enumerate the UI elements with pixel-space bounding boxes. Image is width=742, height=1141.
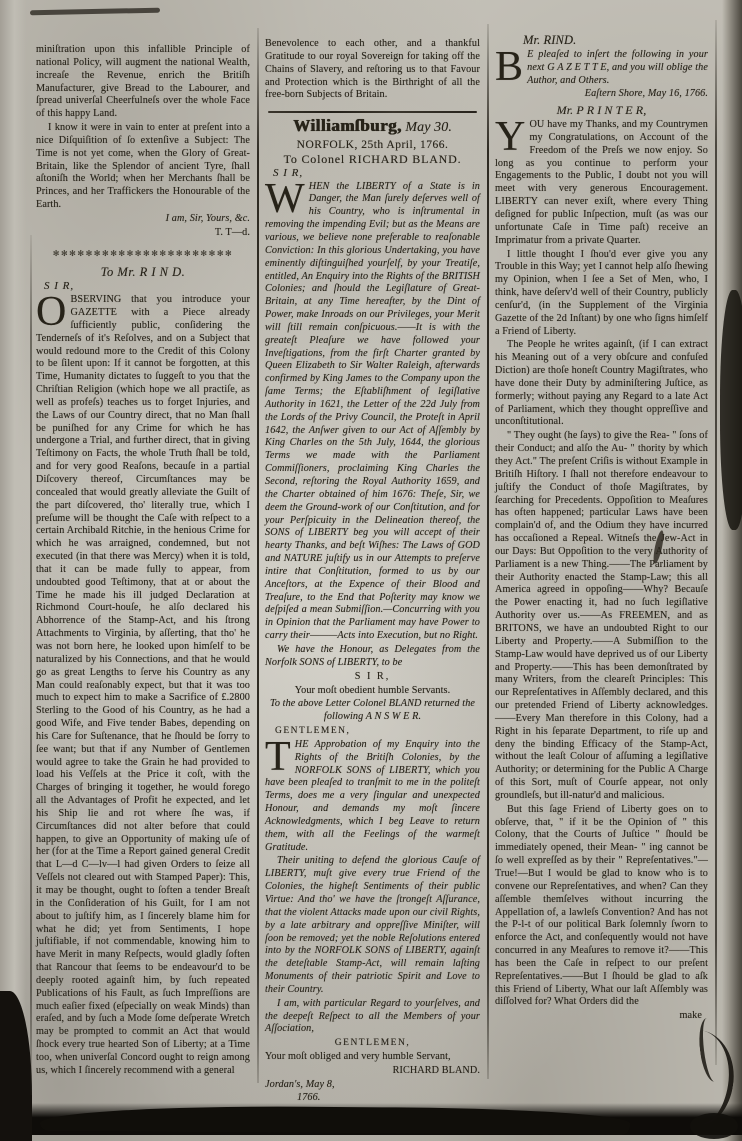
column-middle: Benevolence to each other, and a thankfu… — [265, 38, 480, 1106]
signoff-line: Eaſtern Shore, May 16, 1766. — [495, 88, 708, 101]
letter-heading: Mr. RIND. — [523, 34, 708, 47]
paragraph: We have the Honour, as Delegates from th… — [265, 644, 480, 670]
paragraph: I am, with particular Regard to yourſelv… — [265, 998, 480, 1037]
column-rule-left — [30, 235, 32, 1095]
newspaper-page: miniſtration upon this infallible Princi… — [0, 0, 742, 1141]
drop-cap-initial: T — [265, 739, 295, 774]
letter-addressee: Mr. P R I N T E R, — [495, 104, 708, 117]
salutation: GENTLEMEN, — [275, 725, 480, 738]
drop-cap-initial: B — [495, 49, 527, 84]
dateline-norfolk: NORFOLK, 25th April, 1766. — [265, 139, 480, 152]
scan-corner-bottom-left — [0, 991, 32, 1141]
letter-heading: To Mr. R I N D. — [36, 266, 250, 279]
signature: T. T—d. — [36, 227, 250, 240]
place-date-line: Jordan's, May 8,1766. — [265, 1079, 480, 1105]
salutation: S I R, — [265, 671, 480, 684]
column-rule-right — [715, 20, 717, 1065]
paragraph: WHEN the LIBERTY of a State is in Danger… — [265, 181, 480, 643]
dateline-city: Williamſburg, — [293, 116, 402, 135]
column-rule-1 — [257, 28, 259, 1083]
ink-smudge — [690, 1113, 738, 1139]
dateline-williamsburg: Williamſburg, May 30. — [265, 120, 480, 136]
column-right: Mr. RIND.BE pleaſed to inſert the follow… — [495, 34, 708, 1024]
scan-edge-right — [722, 0, 742, 1141]
paragraph: BE pleaſed to inſert the following in yo… — [495, 49, 708, 88]
letter-subheading: To the above Letter Colonel BLAND return… — [265, 698, 480, 724]
paragraph: Their uniting to defend the glorious Cau… — [265, 855, 480, 996]
paragraph: miniſtration upon this infallible Princi… — [36, 44, 250, 121]
signoff-line: I am, Sir, Yours, &c. — [36, 213, 250, 226]
dateline-date: May 30. — [402, 120, 452, 135]
drop-cap-initial: Y — [495, 119, 529, 154]
paragraph: " They ought (he ſays) to give the Rea- … — [495, 430, 708, 802]
drop-cap-initial: W — [265, 181, 309, 216]
paragraph: I little thought I ſhou'd ever give you … — [495, 249, 708, 339]
rule-divider — [268, 111, 477, 113]
paragraph: THE Approbation of my Enquiry into the R… — [265, 739, 480, 855]
column-rule-2 — [487, 24, 489, 1079]
signature: RICHARD BLAND. — [265, 1065, 480, 1078]
catchword: make — [495, 1010, 708, 1023]
paragraph: Benevolence to each other, and a thankfu… — [265, 38, 480, 102]
scan-streak-top — [30, 8, 160, 16]
ornament-divider: ✻✻✻✻✻✻✻✻✻✻✻✻✻✻✻✻✻✻✻✻✻✻ — [36, 248, 250, 261]
salutation: S I R, — [44, 280, 250, 293]
drop-cap-initial: O — [36, 294, 70, 329]
paragraph: The People he writes againſt, (if I can … — [495, 339, 708, 429]
letter-line: Your moſt obedient humble Servants. — [265, 685, 480, 698]
paragraph: Your moſt obliged and very humble Servan… — [265, 1051, 480, 1064]
place-date-text: Jordan's, May 8, — [265, 1079, 480, 1092]
ink-blot-right — [720, 290, 742, 530]
paragraph: YOU have my Thanks, and my Countrymen my… — [495, 119, 708, 247]
scan-edge-left — [0, 0, 26, 1141]
letter-addressee: To Colonel RICHARD BLAND. — [265, 153, 480, 166]
salutation: GENTLEMEN, — [265, 1037, 480, 1050]
place-date-text: 1766. — [265, 1092, 480, 1105]
column-left: miniſtration upon this infallible Princi… — [36, 44, 250, 1079]
paragraph: OBSERVING that you introduce your GAZETT… — [36, 294, 250, 1077]
paragraph: I know it were in vain to enter at preſe… — [36, 122, 250, 212]
paragraph: But this ſage Friend of Liberty goes on … — [495, 804, 708, 1010]
